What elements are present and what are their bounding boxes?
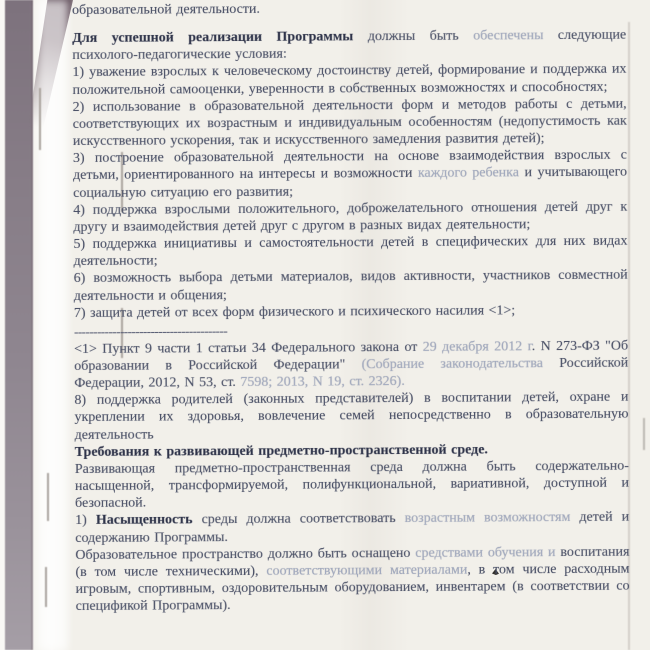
condition-7: 7) защита детей от всех форм физического… bbox=[74, 301, 628, 322]
condition-2: 2) использование в образовательной деяте… bbox=[73, 95, 627, 150]
text-segment: ---------------------------------------- bbox=[74, 323, 227, 339]
condition-8: 8) поддержка родителей (законных предста… bbox=[74, 389, 628, 444]
text-segment: 1) уважение взрослых к человеческому дос… bbox=[72, 62, 626, 98]
text-segment: Насыщенность bbox=[96, 513, 193, 529]
condition-4: 4) поддержка взрослыми положительного, д… bbox=[73, 198, 627, 236]
footnote: <1> Пункт 9 части 1 статьи 34 Федерально… bbox=[74, 337, 628, 392]
text-segment: 7) защита детей от всех форм физического… bbox=[74, 303, 515, 321]
text-segment: образовательной деятельности. bbox=[72, 2, 260, 18]
text-segment: 6) возможность выбора детьми материалов,… bbox=[74, 268, 628, 304]
text-segment: возрастным возможностям bbox=[405, 510, 571, 526]
text-segment: средствами обучения и bbox=[415, 545, 555, 561]
footnote-separator: ---------------------------------------- bbox=[74, 322, 628, 337]
condition-6: 6) возможность выбора детьми материалов,… bbox=[74, 267, 628, 305]
text-segment: обеспечены bbox=[473, 28, 543, 43]
condition-5: 5) поддержка инициативы и самостоятельно… bbox=[73, 233, 627, 271]
para-saturation: 1) Насыщенность среды должна соответство… bbox=[75, 509, 629, 547]
text-segment: 2) использование в образовательной деяте… bbox=[73, 96, 627, 149]
text-segment: <1> Пункт 9 части 1 статьи 34 Федерально… bbox=[74, 340, 423, 357]
text-segment: 4) поддержка взрослыми положительного, д… bbox=[73, 199, 627, 235]
text-segment: должны быть bbox=[353, 29, 473, 45]
book-spine-strip bbox=[5, 0, 33, 650]
text-segment: соответствующими материалами bbox=[266, 562, 467, 578]
page-crease-mark bbox=[47, 473, 49, 521]
condition-3: 3) построение образовательной деятельнос… bbox=[73, 147, 627, 202]
condition-1: 1) уважение взрослых к человеческому дос… bbox=[72, 61, 626, 99]
para-conditions-intro: Для успешной реализации Программы должны… bbox=[72, 27, 626, 65]
document-text: образовательной деятельности.Для успешно… bbox=[72, 0, 630, 615]
para-space: Образовательное пространство должно быть… bbox=[75, 543, 629, 615]
para-continuation: образовательной деятельности. bbox=[72, 0, 626, 19]
page-highlight-band bbox=[38, 0, 68, 650]
text-segment: каждого ребенка bbox=[418, 166, 519, 182]
scanned-page: образовательной деятельности.Для успешно… bbox=[0, 0, 650, 650]
text-segment: 8) поддержка родителей (законных предста… bbox=[74, 390, 628, 443]
text-segment: Требования к развивающей предметно-прост… bbox=[75, 442, 488, 460]
para-environment: Развивающая предметно-пространственная с… bbox=[75, 458, 629, 513]
text-segment: 1) bbox=[75, 513, 96, 528]
page-right-edge-mark bbox=[643, 418, 645, 450]
page-crease-mark bbox=[39, 88, 41, 150]
text-segment: среды должна соответствовать bbox=[193, 511, 405, 527]
text-segment: 7598; 2013, N 19, ст. 2326). bbox=[240, 374, 405, 390]
page-crease-mark bbox=[45, 567, 47, 607]
text-segment: Образовательное пространство должно быть… bbox=[75, 546, 415, 563]
text-segment: (Собрание законодательства bbox=[362, 356, 543, 372]
text-segment: 29 декабря 2012 г bbox=[423, 339, 532, 355]
text-segment: Для успешной реализации Программы bbox=[72, 29, 353, 46]
text-segment: 5) поддержка инициативы и самостоятельно… bbox=[73, 234, 627, 270]
text-segment: Развивающая предметно-пространственная с… bbox=[75, 459, 629, 512]
